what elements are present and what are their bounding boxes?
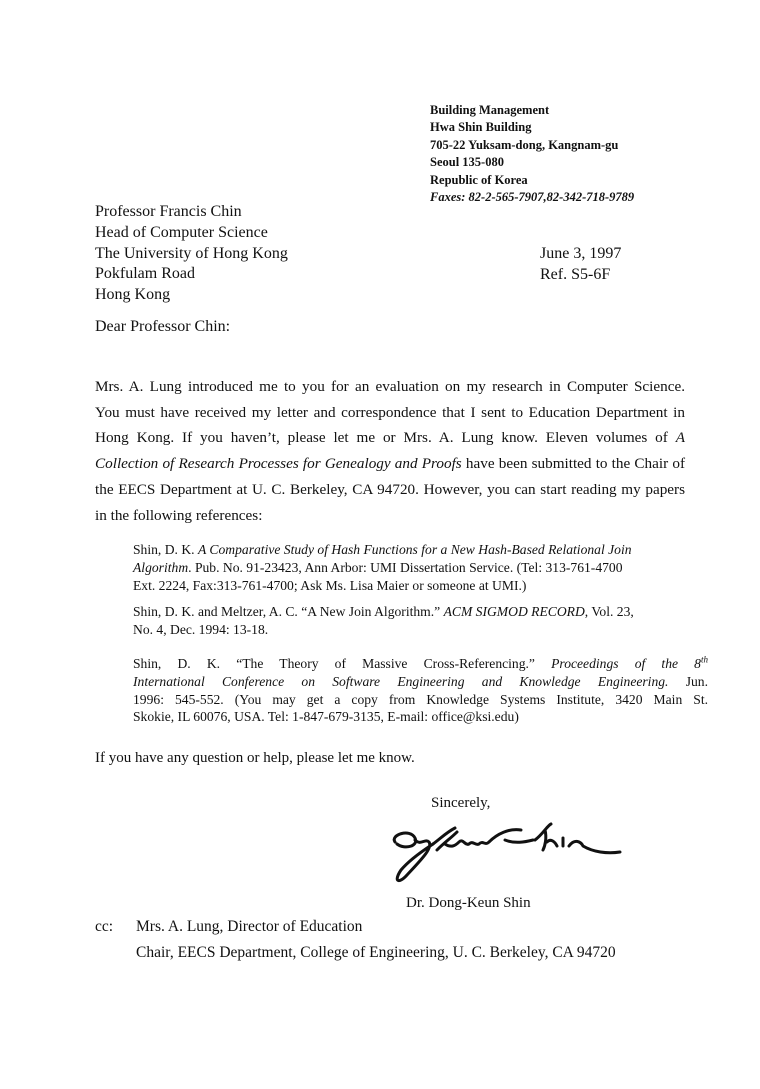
body-line: the EECS Department at U. C. Berkeley, C…	[95, 477, 685, 503]
letter-reference: Ref. S5-6F	[540, 265, 621, 286]
date-reference-block: June 3, 1997 Ref. S5-6F	[540, 244, 621, 286]
body-line: Collection of Research Processes for Gen…	[95, 451, 685, 477]
sign-off: Sincerely,	[431, 795, 490, 812]
recipient-line: Hong Kong	[95, 285, 288, 306]
letter-date: June 3, 1997	[540, 244, 621, 265]
sender-line: Building Management	[430, 102, 634, 119]
body-line: Hong Kong. If you haven’t, please let me…	[95, 425, 685, 451]
cc-label: cc:	[95, 918, 113, 936]
signer-name: Dr. Dong-Keun Shin	[406, 895, 531, 912]
recipient-line: Professor Francis Chin	[95, 202, 288, 223]
closing-line: If you have any question or help, please…	[95, 750, 415, 767]
recipient-line: The University of Hong Kong	[95, 244, 288, 265]
body-paragraph: Mrs. A. Lung introduced me to you for an…	[95, 374, 685, 528]
body-line: in the following references:	[95, 503, 685, 529]
body-line: You must have received my letter and cor…	[95, 400, 685, 426]
sender-faxes: Faxes: 82-2-565-7907,82-342-718-9789	[430, 189, 634, 206]
sender-line: Hwa Shin Building	[430, 119, 634, 136]
sender-line: Seoul 135-080	[430, 154, 634, 171]
handwritten-signature	[385, 820, 625, 895]
cc-recipient: Chair, EECS Department, College of Engin…	[136, 944, 616, 962]
sender-address: Building Management Hwa Shin Building 70…	[430, 102, 634, 206]
sender-line: Republic of Korea	[430, 172, 634, 189]
sender-line: 705-22 Yuksam-dong, Kangnam-gu	[430, 137, 634, 154]
recipient-address: Professor Francis Chin Head of Computer …	[95, 202, 288, 306]
reference-item: Shin, D. K. and Meltzer, A. C. “A New Jo…	[133, 603, 708, 639]
cc-recipient: Mrs. A. Lung, Director of Education	[136, 918, 362, 936]
reference-item: Shin, D. K. A Comparative Study of Hash …	[133, 541, 708, 594]
recipient-line: Head of Computer Science	[95, 223, 288, 244]
reference-item: Shin, D. K. “The Theory of Massive Cross…	[133, 655, 708, 726]
salutation: Dear Professor Chin:	[95, 318, 230, 336]
recipient-line: Pokfulam Road	[95, 264, 288, 285]
body-line: Mrs. A. Lung introduced me to you for an…	[95, 374, 685, 400]
